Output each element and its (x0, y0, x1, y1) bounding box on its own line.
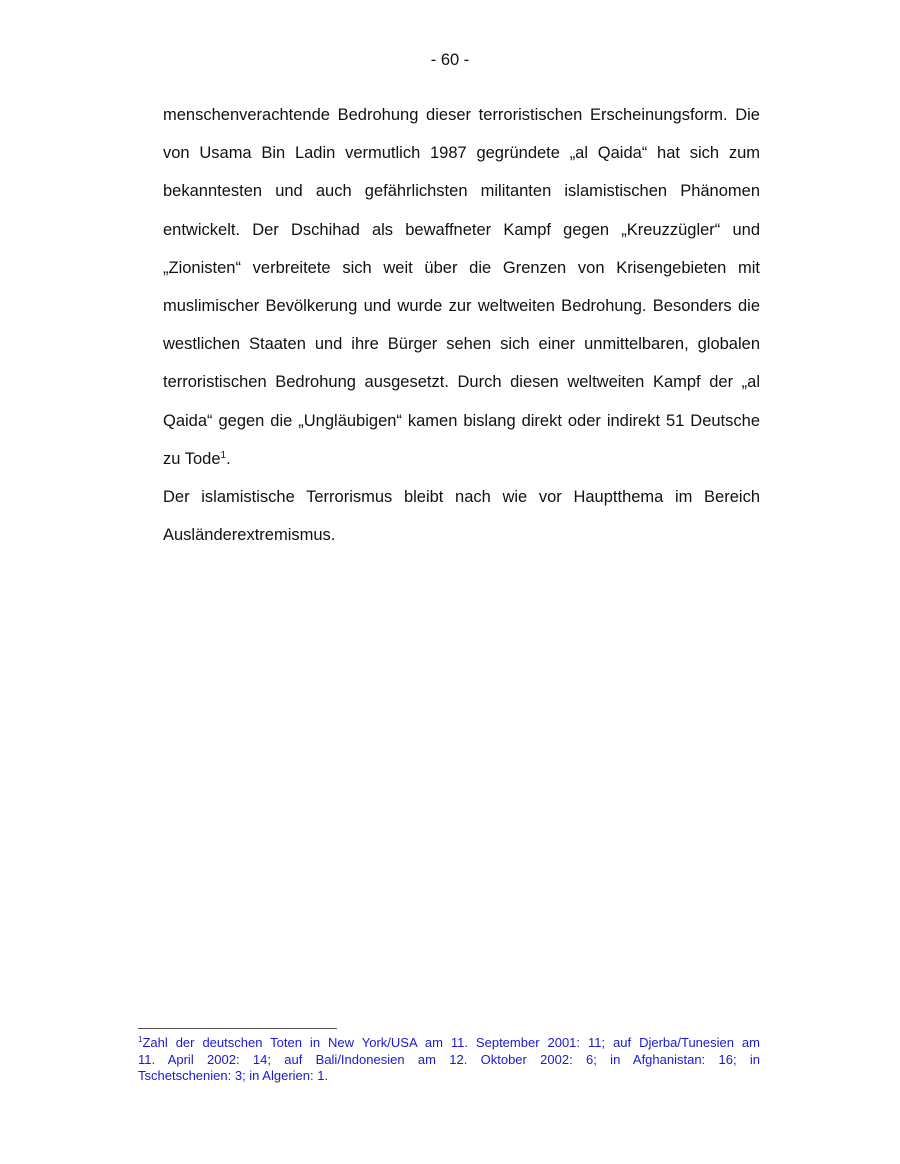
body-line: menschenverachtende Bedrohung dieser ter… (163, 96, 760, 134)
footnote-line: Tschetschenien: 3; in Algerien: 1. (138, 1068, 760, 1085)
paragraph2-line: Ausländerextremismus. (163, 516, 760, 554)
page-number: - 60 - (0, 50, 900, 70)
body-line: von Usama Bin Ladin vermutlich 1987 gegr… (163, 134, 760, 172)
body-line: Qaida“ gegen die „Ungläubigen“ kamen bis… (163, 402, 760, 440)
body-line: terroristischen Bedrohung ausgesetzt. Du… (163, 363, 760, 401)
paragraph2-line: Der islamistische Terrorismus bleibt nac… (163, 478, 760, 516)
body-line: „Zionisten“ verbreitete sich weit über d… (163, 249, 760, 287)
body-line: bekanntesten und auch gefährlichsten mil… (163, 172, 760, 210)
body-line: muslimischer Bevölkerung und wurde zur w… (163, 287, 760, 325)
footnote-line: 1Zahl der deutschen Toten in New York/US… (138, 1035, 760, 1052)
body-text-fragment: . (226, 450, 231, 468)
body-line: westlichen Staaten und ihre Bürger sehen… (163, 325, 760, 363)
footnote-text: Zahl der deutschen Toten in New York/USA… (142, 1035, 760, 1050)
body-line: entwickelt. Der Dschihad als bewaffneter… (163, 211, 760, 249)
footnote-line: 11. April 2002: 14; auf Bali/Indonesien … (138, 1052, 760, 1069)
body-text: menschenverachtende Bedrohung dieser ter… (163, 96, 760, 554)
body-line-with-footnote: zu Tode1. (163, 440, 760, 478)
footnote-separator (138, 1028, 337, 1029)
body-text-fragment: zu Tode (163, 450, 221, 468)
footnote: 1Zahl der deutschen Toten in New York/US… (138, 1035, 760, 1085)
